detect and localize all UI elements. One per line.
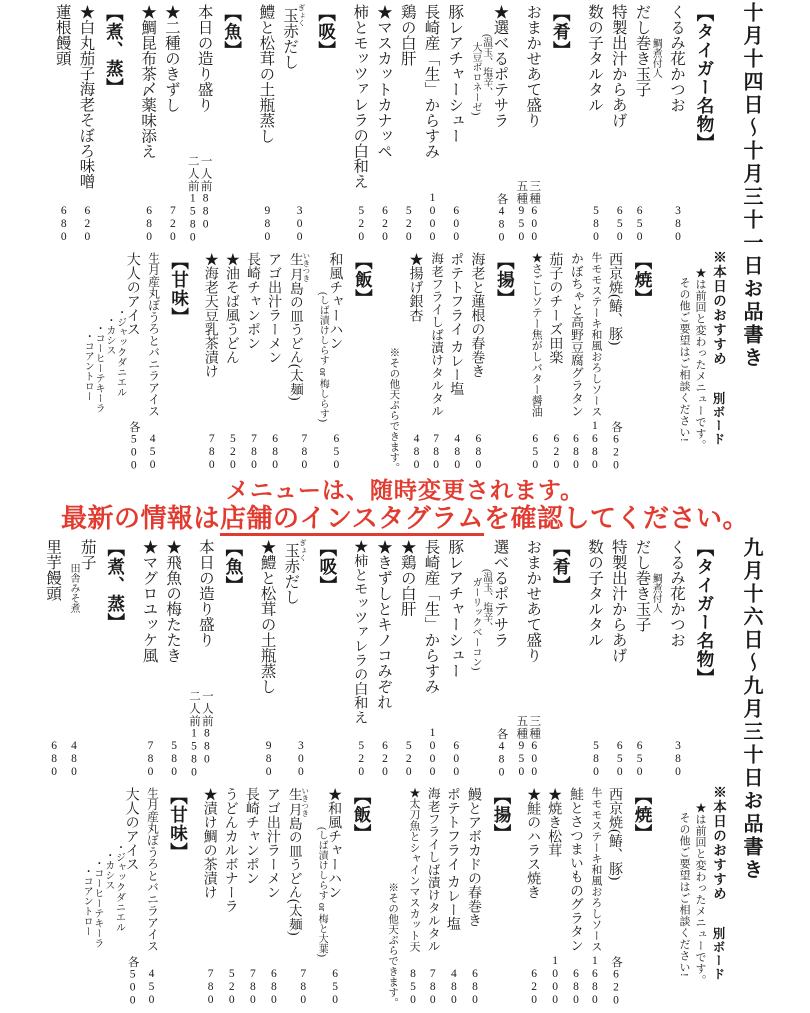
menu-item: 和風チャーハン(しば漬けしらす or 梅しらす)650 (316, 252, 342, 472)
item-sub: ガーリックベーコン) (469, 539, 480, 670)
item-name: ポテトフライ カレー塩 (445, 787, 460, 931)
item-price: 680 (268, 433, 281, 472)
menu-item: 数の子タルタル580 (585, 4, 602, 244)
item-name: ★きずしとキノコみぞれ (374, 539, 391, 710)
section-label: 【吸】 (316, 539, 341, 595)
item-price: 1000 (548, 955, 561, 1007)
item-name: ★揚げ銀杏 (407, 252, 422, 322)
item-name: 特製出汁からあげ (609, 539, 626, 663)
item-price: 520 (402, 205, 415, 244)
note-sub2: その他ご要望はご相談ください! (676, 250, 692, 472)
menu-item: アゴ出汁ラーメン680 (266, 252, 281, 472)
menu-item: ★和風チャーハン(しば漬けしらす or 梅と大葉)650 (315, 787, 341, 1007)
item-price: 680 (57, 205, 70, 244)
menu-item: 茄子田舎みそ煮480 (67, 539, 95, 779)
menu-notes: ※本日のおすすめ別ボード ★は前回と変わったメニューです。 その他ご要望はご相談… (676, 250, 728, 472)
item-price: 520 (225, 968, 238, 1007)
item-price: 480 (67, 740, 80, 779)
item-name: 長崎産「生」からすみ (422, 539, 439, 694)
item-name: 鱧と松茸の土瓶蒸し (257, 4, 274, 144)
menu-item: ★二種のきずし720 (162, 4, 179, 244)
item-name: 特製出汁からあげ (609, 4, 626, 128)
menu-item: ★漬け鯛の茶漬け780 (201, 787, 216, 1007)
item-name: ★マグロユッケ風 (140, 539, 157, 663)
menu-item: ★白丸茄子海老そぼろ味噌620 (77, 4, 94, 244)
item-price: 三種600五種950 (515, 715, 541, 779)
section-label: 【飯】 (350, 787, 375, 843)
menu-item: 西京焼(鰆、豚)各620 (607, 787, 622, 1007)
item-price: 620 (81, 205, 94, 244)
item-annotation: 鯛煮付人 (649, 539, 660, 632)
menu-item: 大人のアイス・ジャックダニエル・カシス・コーヒーテキーラ・コアントロー各500 (81, 252, 139, 472)
item-price: 520 (354, 205, 367, 244)
menu-item: ★鶏の白肝520 (398, 539, 415, 779)
item-name: くるみ花かつお (667, 539, 684, 648)
item-name: かぼちゃと高野豆腐グラタン (568, 252, 582, 417)
item-price: 300 (294, 740, 307, 779)
section-label: 【飯】 (351, 252, 376, 308)
item-price: 620 (378, 740, 391, 779)
item-name: 鰻とアボカドの春巻き (466, 787, 481, 927)
item-sub: ・コーヒーテキーラ (91, 787, 102, 948)
menu-band-top: 【タイガー名物】くるみ花かつお380鯛煮付人だし巻き玉子650特製出汁からあげ6… (0, 4, 722, 244)
item-name: 牛モモステーキ和風おろしソース (589, 787, 601, 952)
note-board: 別ボード (709, 927, 727, 981)
item-price: 一人前880二人前1580 (187, 690, 213, 780)
menu-item: くるみ花かつお380 (667, 4, 684, 244)
item-price: 680 (468, 968, 481, 1007)
menu-item: 生月いきつき島の皿うどん(太麺)780 (286, 787, 309, 1007)
menu-item: ★選べるポテサラ(温玉、塩辛、大豆ボロネーゼ)各480 (469, 4, 507, 244)
item-price: 650 (528, 433, 541, 472)
item-name: ★太刀魚とシャインマスカット天 (407, 787, 419, 952)
menu-item: ポテトフライ カレー塩480 (445, 787, 460, 1007)
menu-item: 本日の造り盛り一人前880二人前1580 (187, 539, 213, 779)
item-price: 450 (146, 433, 159, 472)
note-sub1: ★は前回と変わったメニューです。 (692, 250, 708, 472)
item-name: ★マスカットカナッペ (374, 4, 391, 159)
item-price: 480 (410, 433, 423, 472)
menu-item: 大人のアイス・ジャックダニエル・カシス・コーヒーテキーラ・コアントロー各500 (80, 787, 138, 1007)
note-sub1: ★は前回と変わったメニューです。 (692, 785, 708, 1007)
item-name: くるみ花かつお (667, 4, 684, 113)
item-price: 520 (226, 433, 239, 472)
item-price: 620 (549, 433, 562, 472)
item-name: アゴ出汁ラーメン (266, 252, 281, 364)
note-sub2: その他ご要望はご相談ください! (676, 785, 692, 1007)
notice-banner: メニューは、随時変更されます。 最新の情報は店舗のインスタグラムを確認してくださ… (0, 478, 810, 535)
item-price: 一人前880二人前1580 (186, 155, 212, 245)
menu-item: 豚レアチャーシュー600 (445, 4, 462, 244)
item-name: 生月いきつき島の皿うどん(太麺) (286, 787, 309, 936)
menu-item: 数の子タルタル580 (585, 539, 602, 779)
menu-item: 生月産丸ぼうろとバニラアイス450 (145, 787, 158, 1007)
section-label: 【魚】 (221, 4, 246, 60)
item-sub: ・カシス (103, 252, 114, 413)
item-price: 680 (569, 433, 582, 472)
item-name: ★鶏の白肝 (398, 539, 415, 617)
item-price: 650 (633, 205, 646, 244)
item-price: 各480 (495, 728, 508, 780)
menu-item: かぼちゃと高野豆腐グラタン680 (568, 252, 582, 472)
item-sub: ・ジャックダニエル (113, 787, 124, 948)
menu-block-september: 九月十六日〜九月三十日お品書き ※本日のおすすめ別ボード ★は前回と変わったメニ… (0, 535, 810, 1013)
notice-line2-pre: 最新の情報は (61, 503, 220, 533)
item-price: 380 (671, 205, 684, 244)
item-price: 720 (166, 205, 179, 244)
item-price: 650 (329, 433, 342, 472)
menu-item: 牛モモステーキ和風おろしソース1680 (588, 787, 601, 1007)
note-main-line: ※本日のおすすめ別ボード (708, 250, 728, 472)
notice-line2-post: を確認してください。 (484, 503, 749, 533)
item-price: 780 (205, 433, 218, 472)
item-name: ★鯛昆布茶〆薬味添え (138, 4, 155, 159)
menu-item: 里芋饅頭680 (43, 539, 60, 779)
item-name: ★二種のきずし (162, 4, 179, 113)
item-name: 豚レアチャーシュー (445, 539, 462, 679)
item-sub: ・ジャックダニエル (114, 252, 125, 413)
item-name: 本日の造り盛り (196, 539, 213, 648)
menu-item: ★海老天豆乳茶漬け780 (203, 252, 218, 472)
section-label: 【煮、蒸】 (104, 539, 129, 632)
menu-item: 鮭とさつまいものグラタン680 (567, 787, 582, 1007)
item-name: 蓮根饅頭 (53, 4, 70, 66)
item-name: 西京焼(鰆、豚) (607, 252, 622, 345)
menu-item: 長崎産「生」からすみ1000 (422, 539, 439, 779)
item-price: 780 (246, 968, 259, 1007)
item-name: ★和風チャーハン (326, 787, 341, 957)
item-name: 鶏の白肝 (398, 4, 415, 66)
section-label: 【煮、蒸】 (102, 4, 127, 97)
item-name: ★選べるポテサラ (491, 4, 508, 128)
item-price: 680 (47, 740, 60, 779)
item-name: ★油そば風うどん (224, 252, 239, 364)
menu-title: 十月十四日〜十月三十一日お品書き (737, 2, 766, 374)
menu-item: 生月産丸ぼうろとバニラアイス450 (146, 252, 159, 472)
item-name: 鮭とさつまいものグラタン (567, 787, 582, 952)
item-price: 520 (354, 740, 367, 779)
item-name: 長崎産「生」からすみ (422, 4, 439, 159)
item-price: 650 (328, 968, 341, 1007)
item-price: 480 (450, 433, 463, 472)
item-name: 数の子タルタル (585, 539, 602, 648)
menu-item: 特製出汁からあげ650 (609, 539, 626, 779)
item-price: 520 (402, 740, 415, 779)
item-price: 680 (569, 968, 582, 1007)
section-label: 【焼】 (631, 787, 656, 843)
item-price: 1000 (426, 727, 439, 779)
item-price: 980 (261, 205, 274, 244)
menu-item: ★マグロユッケ風780 (140, 539, 157, 779)
item-sub: ・コーヒーテキーラ (92, 252, 103, 413)
item-price: 各620 (609, 956, 622, 1008)
item-name: 生月産丸ぼうろとバニラアイス (145, 787, 158, 952)
item-price: 780 (144, 740, 157, 779)
menu-item: ★さごしソテー焦がしバター醤油650 (528, 252, 541, 472)
item-name: ★さごしソテー焦がしバター醤油 (529, 252, 541, 417)
menu-item: ★飛魚の梅たたき580 (163, 539, 180, 779)
item-price: 580 (167, 740, 180, 779)
item-price: 780 (296, 968, 309, 1007)
item-name: だし巻き玉子 (633, 4, 650, 97)
item-name: アゴ出汁ラーメン (265, 787, 280, 899)
menu-item: 長崎チャンポン780 (244, 787, 259, 1007)
menu-item: 蓮根饅頭680 (53, 4, 70, 244)
menu-item: 鰻とアボカドの春巻き680 (466, 787, 481, 1007)
item-price: 680 (471, 433, 484, 472)
menu-item: ★鯛昆布茶〆薬味添え680 (138, 4, 155, 244)
item-price: 780 (298, 433, 311, 472)
menu-item: くるみ花かつお380 (667, 539, 684, 779)
item-price: 580 (589, 740, 602, 779)
item-price: 780 (247, 433, 260, 472)
menu-item: 西京焼(鰆、豚)各620 (607, 252, 622, 472)
item-price: 各620 (609, 421, 622, 473)
menu-block-october: 十月十四日〜十月三十一日お品書き ※本日のおすすめ別ボード ★は前回と変わったメ… (0, 0, 810, 478)
item-name: 牛モモステーキ和風おろしソース (589, 252, 601, 417)
item-name: 茄子 (78, 539, 95, 613)
section-label: 【吸】 (315, 4, 340, 60)
item-name: うどんカルボナーラ (223, 787, 238, 913)
section-label: 【魚】 (222, 539, 247, 595)
item-price: 680 (267, 968, 280, 1007)
item-name: 本日の造り盛り (195, 4, 212, 113)
menu-item: おまかせあて盛り三種600五種950 (515, 4, 541, 244)
item-price: 450 (145, 968, 158, 1007)
menu-item: ★きずしとキノコみぞれ620 (374, 539, 391, 779)
note-main-line: ※本日のおすすめ別ボード (708, 785, 728, 1007)
item-price: 680 (142, 205, 155, 244)
item-price: 650 (633, 740, 646, 779)
menu-item: ★柿とモッツァレラの白和え520 (352, 539, 367, 779)
item-sub: 大豆ボロネーゼ) (469, 4, 480, 128)
item-name: 長崎チャンポン (244, 787, 259, 885)
menu-item: 長崎産「生」からすみ1000 (422, 4, 439, 244)
note-board: 別ボード (709, 392, 727, 446)
menu-item: 茄子のチーズ田楽620 (547, 252, 562, 472)
item-price: 650 (613, 740, 626, 779)
menu-item: 生月いきつき島の皿うどん(太麺)780 (287, 252, 310, 472)
menu-item: うどんカルボナーラ520 (223, 787, 238, 1007)
item-price: 各480 (495, 193, 508, 245)
item-price: 620 (378, 205, 391, 244)
menu-item: ★鮭のハラス焼き620 (525, 787, 540, 1007)
item-price: 300 (293, 205, 306, 244)
section-label: 【揚】 (493, 252, 518, 308)
item-sub: (温玉、塩辛、 (480, 4, 491, 128)
item-name: ★柿とモッツァレラの白和え (352, 539, 367, 724)
item-price: 三種600五種950 (515, 180, 541, 244)
item-price: 780 (429, 433, 442, 472)
item-price: 780 (426, 968, 439, 1007)
menu-item: 玉ぎょく赤だし300 (282, 539, 307, 779)
section-label: 【タイガー名物】 (693, 539, 718, 687)
menu-item: 長崎チャンポン780 (245, 252, 260, 472)
menu-item: ★マスカットカナッペ620 (374, 4, 391, 244)
item-name: 長崎チャンポン (245, 252, 260, 350)
menu-page: 十月十四日〜十月三十一日お品書き ※本日のおすすめ別ボード ★は前回と変わったメ… (0, 0, 810, 1013)
item-price: 600 (449, 205, 462, 244)
menu-item: ★焼き松茸1000 (546, 787, 561, 1007)
item-name: ★白丸茄子海老そぼろ味噌 (77, 4, 94, 189)
item-price: 780 (204, 968, 217, 1007)
item-name: 海老と蓮根の春巻き (469, 252, 484, 378)
item-sub: (しば漬けしらす or 梅しらす) (316, 252, 327, 422)
section-label: 【肴】 (549, 539, 574, 595)
menu-item: 豚レアチャーシュー600 (445, 539, 462, 779)
menu-item: 海老フライしば漬けタルタル780 (428, 252, 442, 472)
item-name: 大人のアイス (124, 787, 139, 948)
menu-item: 柿とモッツァレラの白和え520 (351, 4, 368, 244)
menu-item: 海老フライしば漬けタルタル780 (425, 787, 439, 1007)
section-label: 【甘味】 (166, 787, 191, 861)
item-price: 1000 (426, 192, 439, 244)
item-name: 里芋饅頭 (43, 539, 60, 601)
item-price: 980 (262, 740, 275, 779)
item-price: 620 (527, 968, 540, 1007)
item-name: ポテトフライ カレー塩 (448, 252, 463, 396)
menu-notes: ※本日のおすすめ別ボード ★は前回と変わったメニューです。 その他ご要望はご相談… (676, 785, 728, 1007)
section-label: 【タイガー名物】 (693, 4, 718, 152)
item-price: 600 (449, 740, 462, 779)
section-label: 【肴】 (549, 4, 574, 60)
menu-item: 選べるポテサラ(温玉、塩辛、ガーリックベーコン)各480 (469, 539, 507, 779)
menu-item: 玉ぎょく赤だし300 (280, 4, 305, 244)
item-sub: (温玉、塩辛、 (480, 539, 491, 670)
item-name: 海老フライしば漬けタルタル (425, 787, 439, 952)
item-sub: ・コアントロー (80, 787, 91, 948)
menu-band-top: 【タイガー名物】くるみ花かつお380鯛煮付人だし巻き玉子650特製出汁からあげ6… (0, 539, 722, 779)
item-name: 生月いきつき島の皿うどん(太麺) (287, 252, 310, 401)
item-name: 玉ぎょく赤だし (282, 539, 307, 605)
item-name: ★焼き松茸 (546, 787, 561, 857)
item-price: 1680 (588, 955, 601, 1007)
item-price: 380 (671, 740, 684, 779)
menu-item: ★鱧と松茸の土瓶蒸し980 (258, 539, 275, 779)
menu-item: アゴ出汁ラーメン680 (265, 787, 280, 1007)
menu-title: 九月十六日〜九月三十日お品書き (737, 537, 766, 909)
item-price: 580 (589, 205, 602, 244)
item-name: ★鱧と松茸の土瓶蒸し (258, 539, 275, 694)
menu-item: ポテトフライ カレー塩480 (448, 252, 463, 472)
item-price: 1680 (588, 420, 601, 472)
item-name: 茄子のチーズ田楽 (547, 252, 562, 364)
note-main: ※本日のおすすめ (711, 785, 726, 901)
section-label: 【揚】 (490, 787, 515, 843)
menu-band-bottom: 【焼】西京焼(鰆、豚)各620牛モモステーキ和風おろしソース1680鮭とさつまい… (0, 787, 660, 1007)
item-sub: ・コアントロー (81, 252, 92, 413)
menu-item: 鯛煮付人だし巻き玉子650 (633, 539, 661, 779)
tempura-note: ※その他天ぷらできます。 (385, 787, 400, 1008)
section-label: 【焼】 (631, 252, 656, 308)
menu-item: ★油そば風うどん520 (224, 252, 239, 472)
item-name: 海老フライしば漬けタルタル (428, 252, 442, 417)
note-main: ※本日のおすすめ (711, 250, 726, 366)
item-name: 和風チャーハン (327, 252, 342, 422)
item-name: 玉ぎょく赤だし (280, 4, 305, 70)
item-name: おまかせあて盛り (524, 539, 541, 663)
item-name: ★漬け鯛の茶漬け (201, 787, 216, 899)
item-name: ★飛魚の梅たたき (163, 539, 180, 663)
section-label: 【甘味】 (168, 252, 193, 326)
menu-item: 鯛煮付人だし巻き玉子650 (633, 4, 661, 244)
item-price: 各500 (126, 956, 139, 1008)
menu-item: 海老と蓮根の春巻き680 (469, 252, 484, 472)
tempura-note: ※その他天ぷらできます。 (386, 252, 401, 473)
item-price: 480 (447, 968, 460, 1007)
item-sub: ・カシス (102, 787, 113, 948)
notice-line2: 最新の情報は店舗のインスタグラムを確認してください。 (0, 504, 810, 534)
item-name: ★海老天豆乳茶漬け (203, 252, 218, 378)
menu-item: 鱧と松茸の土瓶蒸し980 (257, 4, 274, 244)
menu-item: おまかせあて盛り三種600五種950 (515, 539, 541, 779)
item-sub: (しば漬けしらす or 梅と大葉) (315, 787, 326, 957)
item-name: 柿とモッツァレラの白和え (351, 4, 368, 189)
item-name: 西京焼(鰆、豚) (607, 787, 622, 880)
menu-item: ★太刀魚とシャインマスカット天850 (406, 787, 419, 1007)
item-name: 選べるポテサラ (491, 539, 508, 670)
item-name: だし巻き玉子 (633, 539, 650, 632)
menu-item: 牛モモステーキ和風おろしソース1680 (588, 252, 601, 472)
item-price: 850 (406, 968, 419, 1007)
menu-item: 特製出汁からあげ650 (609, 4, 626, 244)
item-sub: 田舎みそ煮 (67, 539, 78, 613)
menu-band-bottom: 【焼】西京焼(鰆、豚)各620牛モモステーキ和風おろしソース1680かぼちゃと高… (0, 252, 660, 472)
item-name: ★鮭のハラス焼き (525, 787, 540, 899)
item-name: 大人のアイス (125, 252, 140, 413)
notice-line1: メニューは、随時変更されます。 (0, 478, 810, 504)
item-name: おまかせあて盛り (524, 4, 541, 128)
item-name: 生月産丸ぼうろとバニラアイス (146, 252, 159, 417)
instagram-underline: 店舗のインスタグラム (220, 503, 484, 536)
item-name: 豚レアチャーシュー (445, 4, 462, 144)
item-annotation: 鯛煮付人 (649, 4, 660, 97)
item-price: 650 (613, 205, 626, 244)
item-name: 数の子タルタル (585, 4, 602, 113)
menu-item: 鶏の白肝520 (398, 4, 415, 244)
item-price: 各500 (127, 421, 140, 473)
menu-item: ★揚げ銀杏480 (407, 252, 422, 472)
menu-item: 本日の造り盛り一人前880二人前1580 (186, 4, 212, 244)
